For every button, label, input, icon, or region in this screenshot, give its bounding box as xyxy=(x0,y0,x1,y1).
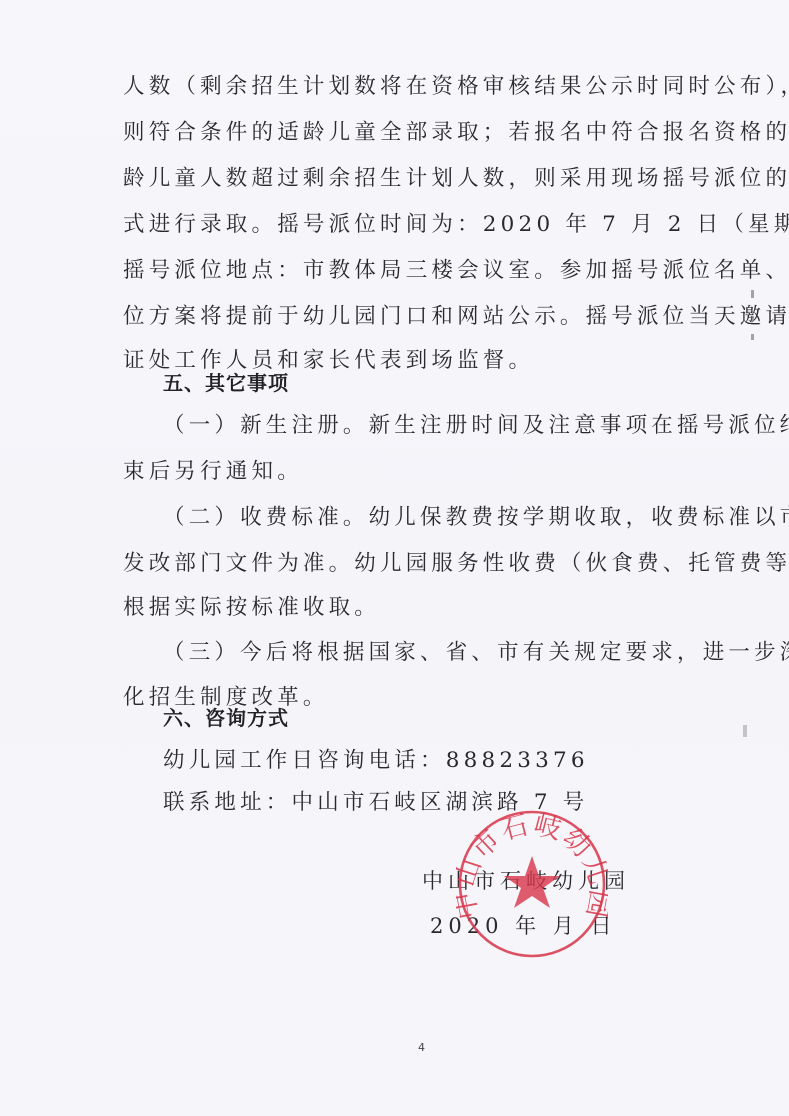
body-text-line: 摇号派位地点：市教体局三楼会议室。参加摇号派位名单、派 xyxy=(123,256,789,286)
item-registration-line: 束后另行通知。 xyxy=(123,457,303,487)
item-registration-line: （一）新生注册。新生注册时间及注意事项在摇号派位结 xyxy=(163,411,789,441)
body-text-line: 位方案将提前于幼儿园门口和网站公示。摇号派位当天邀请公 xyxy=(123,302,789,332)
item-reform-line: （三）今后将根据国家、省、市有关规定要求，进一步深 xyxy=(163,638,789,668)
contact-address: 联系地址：中山市石岐区湖滨路 7 号 xyxy=(163,788,588,818)
section-heading-other-matters: 五、其它事项 xyxy=(163,368,289,398)
item-fees-line: 根据实际按标准收取。 xyxy=(123,593,380,623)
signature-date: 2020 年 月 日 xyxy=(430,911,616,941)
document-page: 人数（剩余招生计划数将在资格审核结果公示时同时公布）， 则符合条件的适龄儿童全部… xyxy=(0,0,789,1116)
item-fees-line: （二）收费标准。幼儿保教费按学期收取，收费标准以市 xyxy=(163,503,789,533)
section-heading-contact: 六、咨询方式 xyxy=(163,703,289,733)
contact-phone: 幼儿园工作日咨询电话：88823376 xyxy=(163,746,589,776)
body-text-line: 人数（剩余招生计划数将在资格审核结果公示时同时公布）， xyxy=(123,72,789,102)
item-fees-line: 发改部门文件为准。幼儿园服务性收费（伙食费、托管费等） xyxy=(123,549,789,579)
page-number: 4 xyxy=(418,1041,425,1054)
signature-organization: 中山市石岐幼儿园 xyxy=(422,866,630,896)
body-text-line: 则符合条件的适龄儿童全部录取；若报名中符合报名资格的适 xyxy=(123,118,789,148)
body-text-line: 式进行录取。摇号派位时间为：2020 年 7 月 2 日（星期四）， xyxy=(123,210,789,240)
scan-artifact-mark xyxy=(743,725,747,737)
scan-artifact-marks xyxy=(748,290,758,350)
body-text-line: 龄儿童人数超过剩余招生计划人数，则采用现场摇号派位的形 xyxy=(123,164,789,194)
